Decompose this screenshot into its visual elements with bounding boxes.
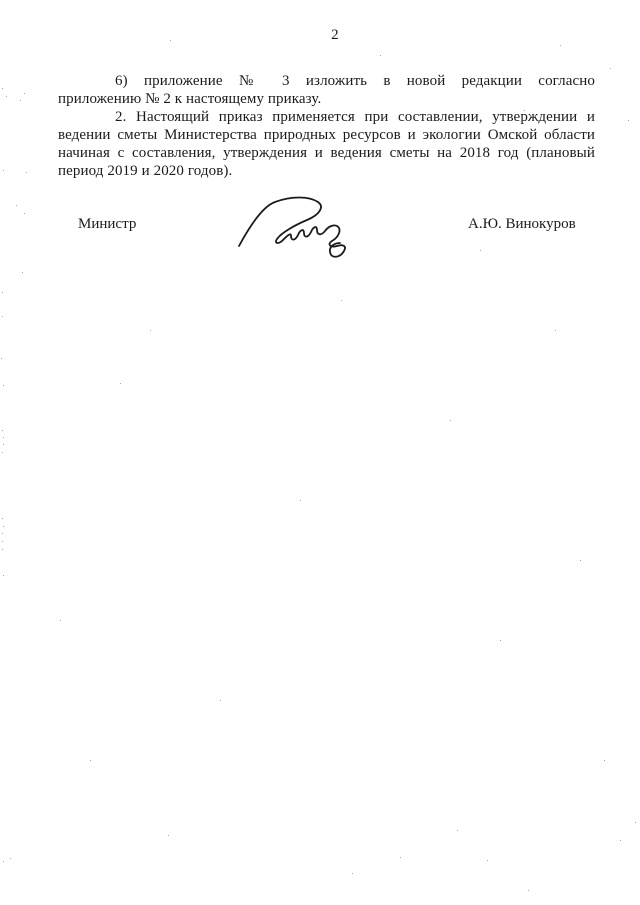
document-body: 6) приложение № 3 изложить в новой редак… bbox=[58, 72, 595, 180]
scan-noise-speckles bbox=[0, 0, 1, 1]
signature-role-label: Министр bbox=[78, 215, 136, 233]
scanned-document-page: 2 6) приложение № 3 изложить в новой ред… bbox=[0, 0, 640, 905]
paragraph-line: 6) приложение № 3 изложить в новой редак… bbox=[58, 72, 595, 90]
paragraph-line: приложению № 2 к настоящему приказу. bbox=[58, 90, 595, 108]
paragraph-line: ведении сметы Министерства природных рес… bbox=[58, 126, 595, 144]
page-number: 2 bbox=[30, 27, 640, 44]
handwritten-signature-icon bbox=[233, 191, 355, 261]
paragraph-line: 2. Настоящий приказ применяется при сост… bbox=[58, 108, 595, 126]
paragraph-line: начиная с составления, утверждения и вед… bbox=[58, 144, 595, 162]
paragraph-line: период 2019 и 2020 годов). bbox=[58, 162, 595, 180]
signatory-name: А.Ю. Винокуров bbox=[468, 215, 576, 233]
